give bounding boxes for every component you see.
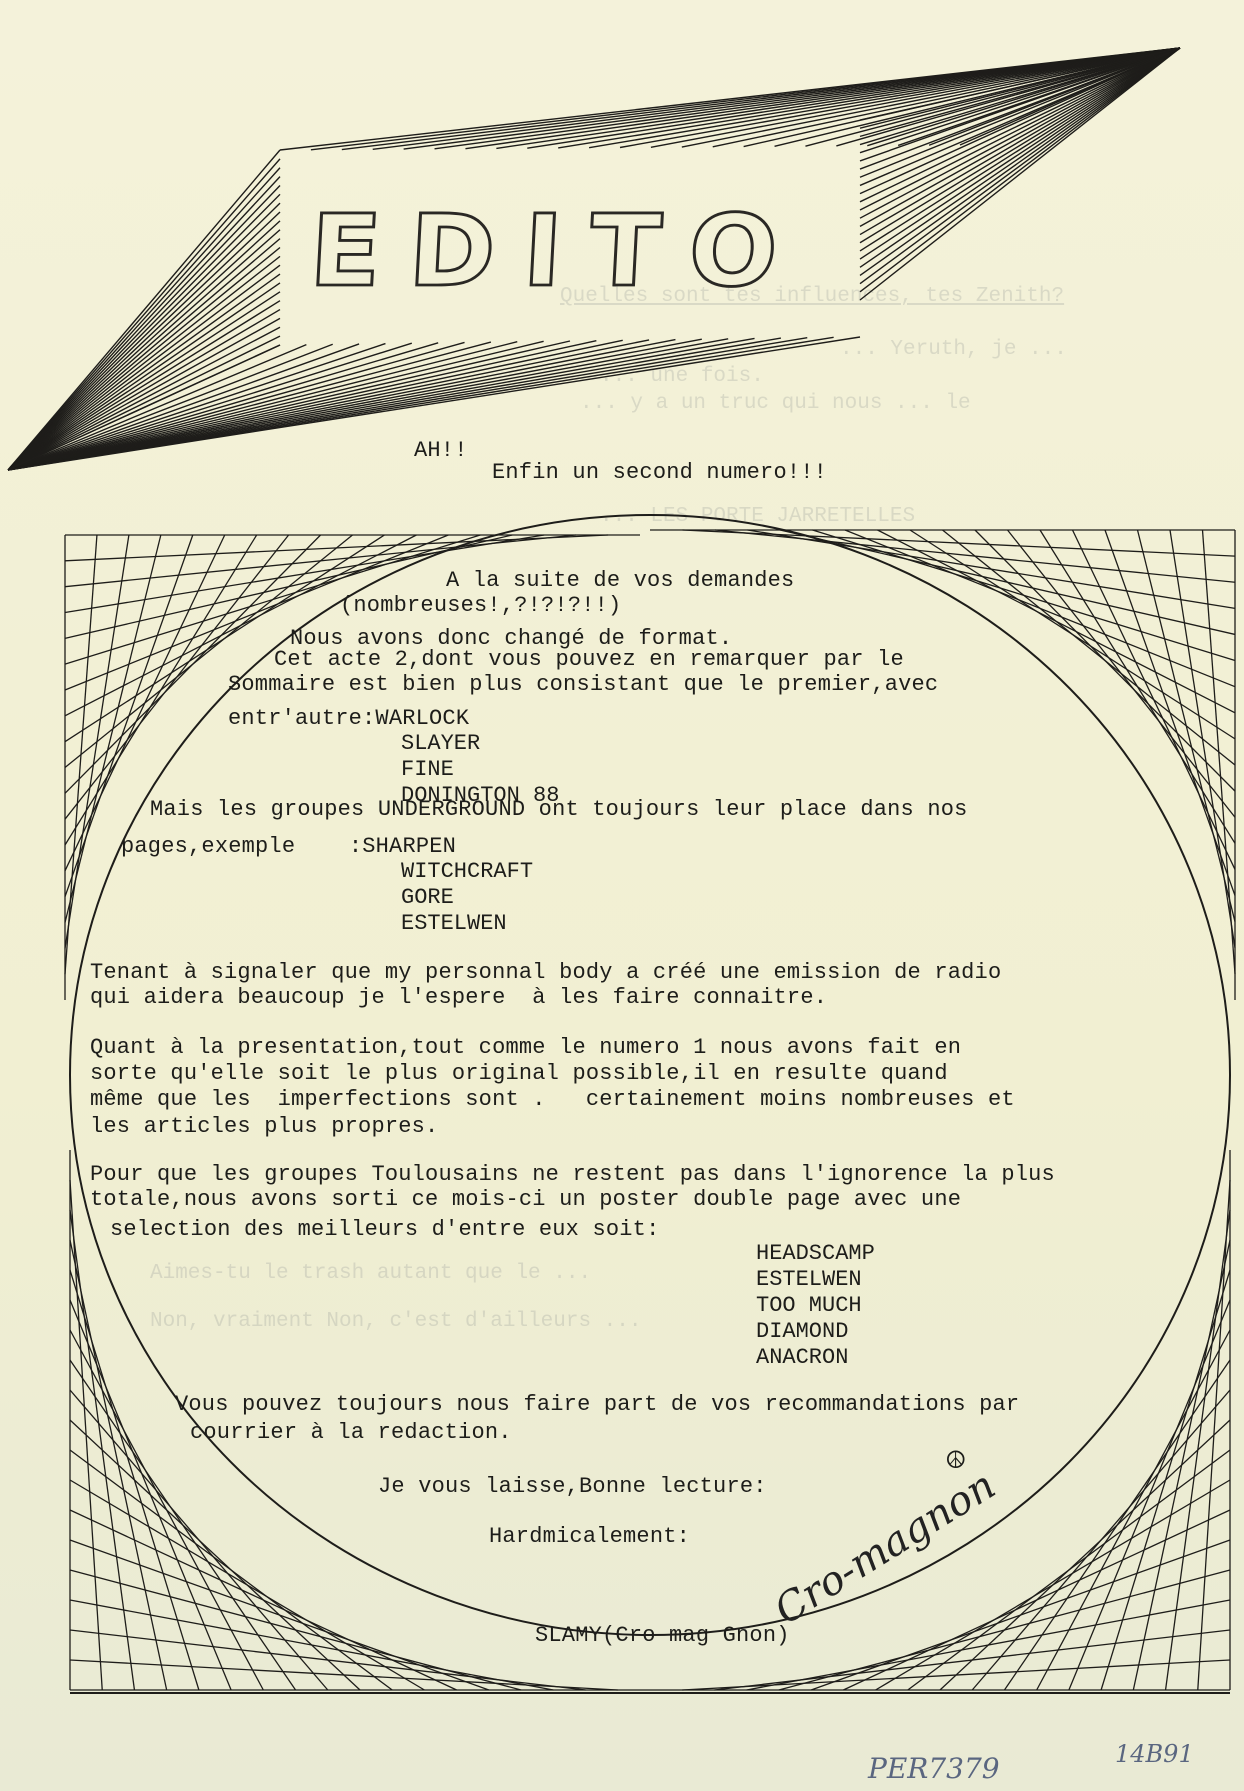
- intro-line: AH!!: [414, 438, 468, 464]
- paragraph-line: courrier à la redaction.: [190, 1420, 512, 1446]
- paragraph-line: entr'autre:WARLOCK: [228, 706, 469, 732]
- document-page: Quelles sont tes influences, tes Zenith?…: [0, 0, 1244, 1791]
- underground-bands-list: WITCHCRAFT GORE ESTELWEN: [401, 859, 533, 937]
- paragraph-line: qui aidera beaucoup je l'espere à les fa…: [90, 985, 827, 1011]
- intro-line: Enfin un second numero!!!: [492, 460, 827, 486]
- band-name: DIAMOND: [756, 1319, 875, 1345]
- paragraph-line: sorte qu'elle soit le plus original poss…: [90, 1061, 948, 1087]
- salutation: Hardmicalement:: [489, 1524, 690, 1550]
- band-name: TOO MUCH: [756, 1293, 875, 1319]
- band-name: ANACRON: [756, 1345, 875, 1371]
- closing-line: Je vous laisse,Bonne lecture:: [378, 1474, 767, 1500]
- archive-number: 14B91: [1115, 1740, 1194, 1768]
- band-name: ESTELWEN: [756, 1267, 875, 1293]
- paragraph-line: Cet acte 2,dont vous pouvez en remarquer…: [274, 647, 904, 673]
- paragraph-line: A la suite de vos demandes: [446, 568, 794, 594]
- signature-name: SLAMY(Cro mag Gnon): [535, 1623, 790, 1649]
- page-title: EDITO: [307, 193, 808, 309]
- paragraph-line: Pour que les groupes Toulousains ne rest…: [90, 1162, 1055, 1188]
- paragraph-line: Quant à la presentation,tout comme le nu…: [90, 1035, 961, 1061]
- archive-stamp: PER7379: [868, 1752, 1000, 1785]
- paragraph-line: totale,nous avons sorti ce mois-ci un po…: [90, 1187, 961, 1213]
- paragraph-line: les articles plus propres.: [90, 1114, 438, 1140]
- paragraph-line: Vous pouvez toujours nous faire part de …: [175, 1392, 1019, 1418]
- paragraph-line: Mais les groupes UNDERGROUND ont toujour…: [150, 797, 968, 823]
- band-name: WITCHCRAFT: [401, 859, 533, 885]
- band-name: GORE: [401, 885, 533, 911]
- paragraph-line: (nombreuses!,?!?!?!!): [340, 593, 621, 619]
- band-name: FINE: [401, 757, 559, 783]
- paragraph-line: selection des meilleurs d'entre eux soit…: [110, 1217, 660, 1243]
- band-name: ESTELWEN: [401, 911, 533, 937]
- band-name: HEADSCAMP: [756, 1241, 875, 1267]
- peace-symbol-icon: ☮: [945, 1447, 967, 1473]
- toulouse-bands-list: HEADSCAMP ESTELWEN TOO MUCH DIAMOND ANAC…: [756, 1241, 875, 1371]
- paragraph-line: pages,exemple :SHARPEN: [121, 834, 456, 860]
- paragraph-line: Tenant à signaler que my personnal body …: [90, 960, 1001, 986]
- paragraph-line: même que les imperfections sont . certai…: [90, 1087, 1015, 1113]
- paragraph-line: Sommaire est bien plus consistant que le…: [228, 672, 938, 698]
- band-name: SLAYER: [401, 731, 559, 757]
